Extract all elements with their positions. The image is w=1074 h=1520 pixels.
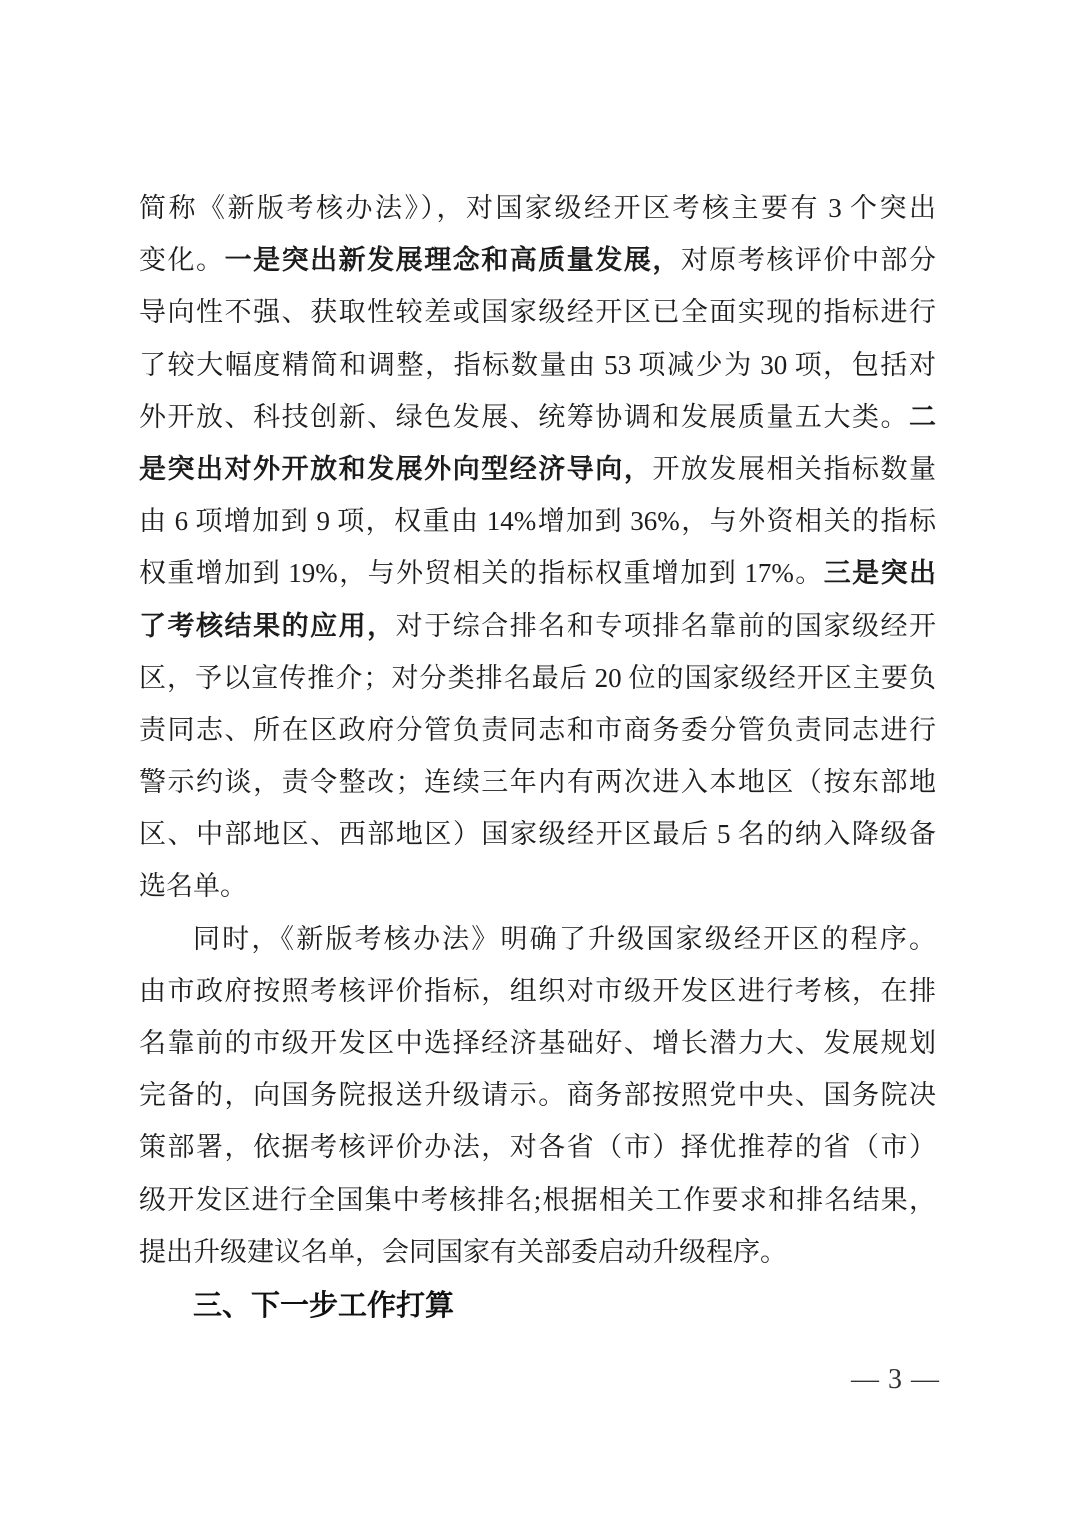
text-run: 导向性不强、获取性较差或国家级经开区已全面实现的指标进行	[139, 297, 936, 327]
text-line: 了较大幅度精简和调整，指标数量由 53 项减少为 30 项，包括对	[139, 339, 936, 391]
document-page: 简称《新版考核办法》），对国家级经开区考核主要有 3 个突出变化。一是突出新发展…	[0, 0, 1074, 1520]
text-line: 简称《新版考核办法》），对国家级经开区考核主要有 3 个突出	[139, 182, 936, 234]
text-run: 了较大幅度精简和调整，指标数量由 53 项减少为 30 项，包括对	[139, 350, 936, 380]
text-line: 变化。一是突出新发展理念和高质量发展，对原考核评价中部分	[139, 234, 936, 286]
text-line: 策部署，依据考核评价办法，对各省（市）择优推荐的省（市）	[139, 1121, 936, 1173]
text-line: 权重增加到 19%，与外贸相关的指标权重增加到 17%。三是突出	[139, 547, 936, 599]
emphasis-run: 一是突出新发展理念和高质量发展，	[225, 245, 681, 275]
text-line: 由市政府按照考核评价指标，组织对市级开发区进行考核，在排	[139, 965, 936, 1017]
text-line: 名靠前的市级开发区中选择经济基础好、增长潜力大、发展规划	[139, 1017, 936, 1069]
text-run: 区、中部地区、西部地区）国家级经开区最后 5 名的纳入降级备	[139, 819, 936, 849]
text-run: 警示约谈，责令整改；连续三年内有两次进入本地区（按东部地	[139, 767, 936, 797]
text-run: 名靠前的市级开发区中选择经济基础好、增长潜力大、发展规划	[139, 1028, 936, 1058]
text-run: 级开发区进行全国集中考核排名;根据相关工作要求和排名结果，	[139, 1185, 936, 1215]
text-run: 对于综合排名和专项排名靠前的国家级经开	[396, 611, 936, 641]
document-body: 简称《新版考核办法》），对国家级经开区考核主要有 3 个突出变化。一是突出新发展…	[139, 182, 936, 1278]
emphasis-run: 了考核结果的应用，	[139, 611, 396, 641]
text-line: 了考核结果的应用，对于综合排名和专项排名靠前的国家级经开	[139, 600, 936, 652]
text-run: 责同志、所在区政府分管负责同志和市商务委分管负责同志进行	[139, 715, 936, 745]
emphasis-run: 三是突出	[824, 558, 936, 588]
text-line: 完备的，向国务院报送升级请示。商务部按照党中央、国务院决	[139, 1069, 936, 1121]
text-line: 区、中部地区、西部地区）国家级经开区最后 5 名的纳入降级备	[139, 808, 936, 860]
footer-page-number: — 3 —	[851, 1364, 940, 1396]
text-line: 是突出对外开放和发展外向型经济导向，开放发展相关指标数量	[139, 443, 936, 495]
text-run: 由 6 项增加到 9 项，权重由 14%增加到 36%，与外资相关的指标	[139, 506, 936, 536]
text-run: 提出升级建议名单，会同国家有关部委启动升级程序。	[139, 1237, 787, 1267]
text-run: 同时，《新版考核办法》明确了升级国家级经开区的程序。	[193, 924, 936, 954]
text-line: 选名单。	[139, 860, 936, 912]
text-run: 简称《新版考核办法》），对国家级经开区考核主要有 3 个突出	[139, 193, 936, 223]
text-run: 策部署，依据考核评价办法，对各省（市）择优推荐的省（市）	[139, 1132, 936, 1162]
text-line: 区，予以宣传推介；对分类排名最后 20 位的国家级经开区主要负	[139, 652, 936, 704]
text-line: 外开放、科技创新、绿色发展、统筹协调和发展质量五大类。二	[139, 391, 936, 443]
text-line: 导向性不强、获取性较差或国家级经开区已全面实现的指标进行	[139, 286, 936, 338]
text-run: 对原考核评价中部分	[681, 245, 936, 275]
emphasis-run: 是突出对外开放和发展外向型经济导向，	[139, 454, 652, 484]
text-run: 变化。	[139, 245, 225, 275]
text-run: 开放发展相关指标数量	[652, 454, 936, 484]
text-run: 外开放、科技创新、绿色发展、统筹协调和发展质量五大类。	[139, 402, 909, 432]
document-text: 简称《新版考核办法》），对国家级经开区考核主要有 3 个突出变化。一是突出新发展…	[139, 182, 936, 1334]
text-run: 完备的，向国务院报送升级请示。商务部按照党中央、国务院决	[139, 1080, 936, 1110]
text-line: 提出升级建议名单，会同国家有关部委启动升级程序。	[139, 1226, 936, 1278]
text-line: 警示约谈，责令整改；连续三年内有两次进入本地区（按东部地	[139, 756, 936, 808]
text-run: 权重增加到 19%，与外贸相关的指标权重增加到 17%。	[139, 558, 824, 588]
text-line: 责同志、所在区政府分管负责同志和市商务委分管负责同志进行	[139, 704, 936, 756]
text-line: 级开发区进行全国集中考核排名;根据相关工作要求和排名结果，	[139, 1174, 936, 1226]
text-line: 同时，《新版考核办法》明确了升级国家级经开区的程序。	[139, 913, 936, 965]
text-run: 由市政府按照考核评价指标，组织对市级开发区进行考核，在排	[139, 976, 936, 1006]
section-heading: 三、下一步工作打算	[139, 1278, 936, 1334]
emphasis-run: 二	[909, 402, 936, 432]
text-run: 区，予以宣传推介；对分类排名最后 20 位的国家级经开区主要负	[139, 663, 936, 693]
text-line: 由 6 项增加到 9 项，权重由 14%增加到 36%，与外资相关的指标	[139, 495, 936, 547]
text-run: 选名单。	[139, 871, 247, 901]
